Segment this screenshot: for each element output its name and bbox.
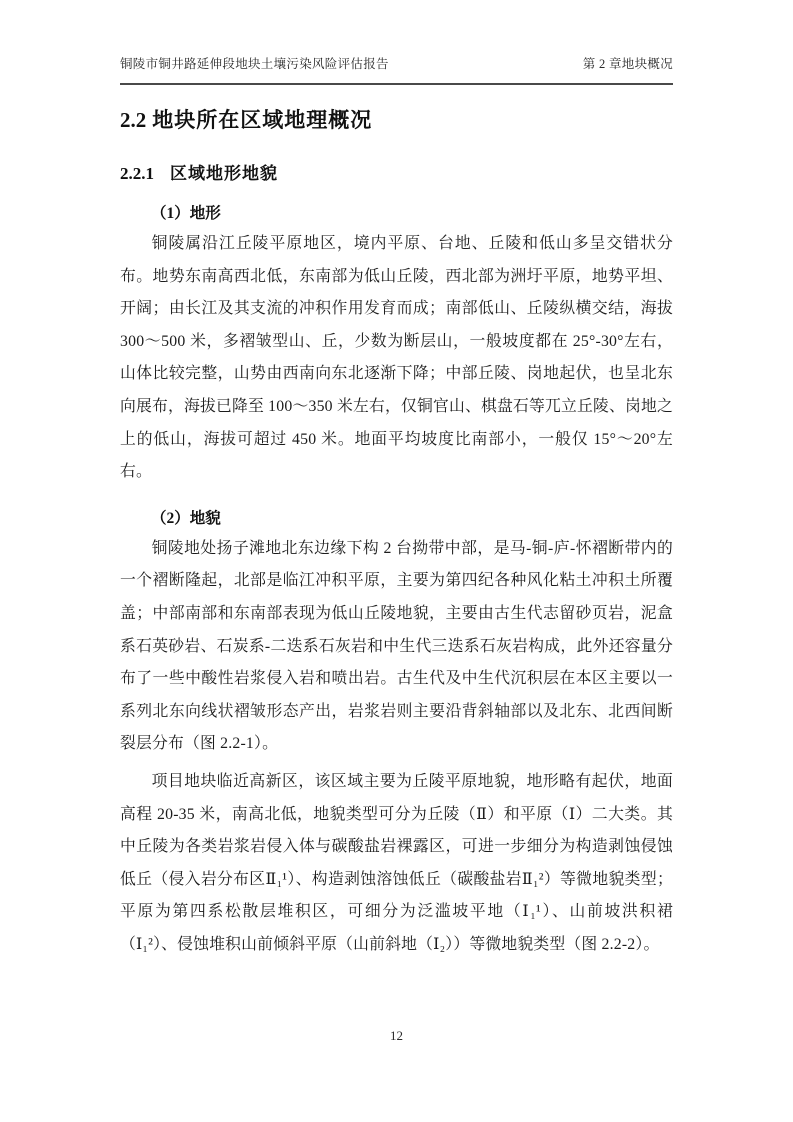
- page-content: 铜陵市铜井路延伸段地块土壤污染风险评估报告 第 2 章地块概况 2.2地块所在区…: [120, 0, 673, 961]
- subsection-heading: 2.2.1区域地形地貌: [120, 159, 673, 184]
- landform-label: （2）地貌: [120, 506, 673, 528]
- landform-paragraph-1: 铜陵地处扬子滩地北东边缘下构 2 台拗带中部，是马-铜-庐-怀褶断带内的一个褶断…: [120, 533, 673, 761]
- page-header: 铜陵市铜井路延伸段地块土壤污染风险评估报告 第 2 章地块概况: [120, 0, 673, 85]
- section-heading: 2.2地块所在区域地理概况: [120, 104, 673, 134]
- section-heading-number: 2.2: [120, 108, 146, 132]
- header-left-title: 铜陵市铜井路延伸段地块土壤污染风险评估报告: [120, 54, 389, 72]
- subsection-heading-number: 2.2.1: [120, 164, 154, 183]
- section-heading-title: 地块所在区域地理概况: [152, 108, 372, 132]
- subsection-heading-title: 区域地形地貌: [170, 164, 278, 183]
- terrain-label: （1）地形: [120, 201, 673, 223]
- page-number: 12: [390, 1028, 403, 1043]
- document-page: 铜陵市铜井路延伸段地块土壤污染风险评估报告 第 2 章地块概况 2.2地块所在区…: [0, 0, 793, 1122]
- header-right-title: 第 2 章地块概况: [583, 54, 673, 72]
- landform-paragraph-2: 项目地块临近高新区，该区域主要为丘陵平原地貌，地形略有起伏，地面高程 20-35…: [120, 766, 673, 962]
- page-footer: 12: [0, 1028, 793, 1044]
- terrain-paragraph: 铜陵属沿江丘陵平原地区，境内平原、台地、丘陵和低山多呈交错状分布。地势东南高西北…: [120, 228, 673, 489]
